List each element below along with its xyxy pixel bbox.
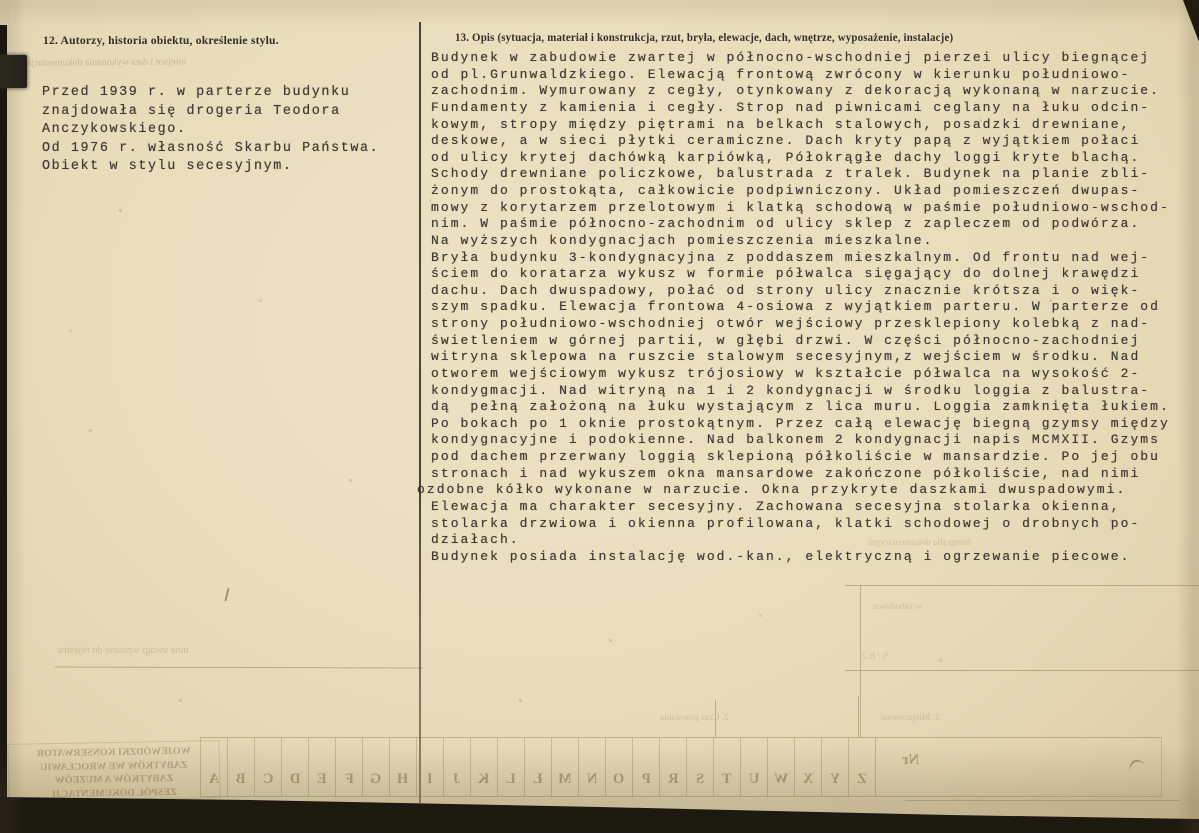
alphabet-tab: M: [551, 738, 578, 796]
alphabet-tab: R: [659, 738, 686, 796]
typed-line: Od 1976 r. własność Skarbu Państwa.: [42, 140, 379, 159]
typed-line: Obiekt w stylu secesyjnym.: [42, 158, 379, 177]
typed-line: Budynek w zabudowie zwartej w północno-w…: [431, 50, 1170, 67]
alphabet-tab: Ł: [524, 738, 551, 796]
typed-line: kondygmacji. Nad witryną na 1 i 2 kondyg…: [431, 383, 1170, 400]
typed-line: świetleniem w górnej partii, w głębi drz…: [431, 333, 1170, 350]
nr-tab: Nr: [875, 738, 1162, 796]
alphabet-tab: U: [740, 738, 767, 796]
typed-line: Anczykowskiego.: [42, 121, 379, 140]
typed-line: strony południowo-wschodniej otwór wejśc…: [431, 316, 1170, 333]
typed-line: Przed 1939 r. w parterze budynku: [42, 84, 379, 103]
bleedthrough-rule: [845, 585, 1199, 586]
typed-line: witryna sklepowa na ruszcie stalowym sec…: [431, 349, 1170, 366]
column-divider-rule: [419, 22, 421, 803]
alphabet-tab: D: [281, 738, 308, 796]
typed-line: Bryła budynku 3-kondygnacyjna z poddasze…: [431, 250, 1170, 267]
section-13-typed-text: Budynek w zabudowie zwartej w północno-w…: [431, 50, 1170, 565]
typed-line: od pl.Grunwaldzkiego. Elewacją frontową …: [431, 67, 1170, 84]
scan-edge-left: [0, 0, 7, 833]
alphabet-tab: L: [497, 738, 524, 796]
typed-line: zachodnim. Wymurowany z cegły, otynkowan…: [431, 83, 1170, 100]
bleedthrough-rule: [858, 696, 859, 737]
typed-line: od ulicy krytej dachówką karpiówką, Póło…: [431, 150, 1170, 167]
typed-line: Budynek posiada instalację wod.-kan., el…: [431, 549, 1170, 566]
typed-line: dą pełną założoną na łuku wystającym z l…: [431, 399, 1170, 416]
alphabet-tab: T: [713, 738, 740, 796]
typed-line: nim. W paśmie północno-zachodnim od ulic…: [431, 216, 1170, 233]
typed-line: dachu. Dach dwuspadowy, połać od strony …: [431, 283, 1170, 300]
alphabet-tab: J: [443, 738, 470, 796]
bleedthrough-note-mid: inne uwagi wpisane do rejestru: [58, 645, 189, 656]
scan-corner-notch: [0, 0, 13, 25]
alphabet-tab: O: [605, 738, 632, 796]
typed-line: żonym do prostokąta, całkowicie podpiwni…: [431, 183, 1170, 200]
typed-line: deskowe, a w sieci płytki ceramiczne. Da…: [431, 133, 1170, 150]
typed-line: Po bokach po 1 oknie prostokątnym. Przez…: [431, 416, 1170, 433]
bleedthrough-stamp: WOJEWÓDZKI KONSERWATORZABYTKÓW WE WROCŁA…: [8, 740, 221, 802]
typed-line: działach.: [431, 532, 1170, 549]
alphabet-tab: N: [578, 738, 605, 796]
typed-line: Elewacja ma charakter secesyjny. Zachowa…: [431, 499, 1170, 516]
alphabet-tab: E: [308, 738, 335, 796]
typed-line: znajdowała się drogeria Teodora: [42, 103, 379, 122]
typed-line: stronach i nad wykuszem okna mansardowe …: [431, 466, 1170, 483]
alphabet-tab: G: [362, 738, 389, 796]
typed-line: ściem do koratarza wykusz w formie półwa…: [431, 266, 1170, 283]
typed-line: kondygnacyjne i podokienne. Nad balkonem…: [431, 432, 1170, 449]
typed-line: ozdobne kółko wykonane w narzucie. Okna …: [417, 482, 1170, 499]
typed-line: Na wyższych kondygnacjach pomieszczenia …: [431, 233, 1170, 250]
bleedthrough-form-label: 2. Czas powstania: [660, 713, 729, 723]
alphabet-tab: Y: [821, 738, 848, 796]
scanned-document: miejsce i data wykonania dokumentacji in…: [0, 0, 1199, 833]
alphabet-tab: B: [227, 738, 254, 796]
typed-line: kowym, stropy między piętrami na belkach…: [431, 117, 1170, 134]
typed-line: otworem wejściowym wykusz trójosiowy w k…: [431, 366, 1170, 383]
bleedthrough-rule: [860, 585, 861, 737]
alphabet-tab-strip: ABCDEFGHIJKLŁMNOPRSTUWXYZ Nr: [200, 737, 1162, 797]
alphabet-tab: W: [767, 738, 794, 796]
alphabet-tab: H: [389, 738, 416, 796]
alphabet-tab: P: [632, 738, 659, 796]
alphabet-tab: K: [470, 738, 497, 796]
bleedthrough-form-label: S / B 2: [862, 652, 888, 662]
bleedthrough-form-label: w zabudowie: [872, 602, 922, 612]
typed-line: pod dachem przerwany loggią sklepioną pó…: [431, 449, 1170, 466]
alphabet-tab: C: [254, 738, 281, 796]
bleedthrough-rule: [845, 670, 1199, 671]
alphabet-tab: F: [335, 738, 362, 796]
section-12-header: 12. Autorzy, historia obiektu, określeni…: [43, 34, 279, 47]
section-12-typed-text: Przed 1939 r. w parterze budynkuznajdowa…: [42, 84, 379, 177]
typed-line: mowy z korytarzem przelotowym i klatką s…: [431, 200, 1170, 217]
typed-line: stolarka drzwiowa i okienna profilowana,…: [431, 516, 1170, 533]
bleedthrough-rule: [905, 800, 1180, 801]
section-13-header: 13. Opis (sytuacja, materiał i konstrukc…: [455, 32, 953, 44]
typed-line: Schody drewniane policzkowe, balustrada …: [431, 166, 1170, 183]
scan-dark-patch: [0, 55, 27, 88]
alphabet-tab: X: [794, 738, 821, 796]
bleedthrough-note-topleft: miejsce i data wykonania dokumentacji: [28, 56, 186, 69]
alphabet-tab: Z: [848, 738, 875, 796]
typed-line: szym spadku. Elewacja frontowa 4-osiowa …: [431, 299, 1170, 316]
bleedthrough-form-label: 1. Miejscowość: [880, 713, 940, 723]
typed-line: Fundamenty z kamienia i cegły. Strop nad…: [431, 100, 1170, 117]
alphabet-tab: S: [686, 738, 713, 796]
